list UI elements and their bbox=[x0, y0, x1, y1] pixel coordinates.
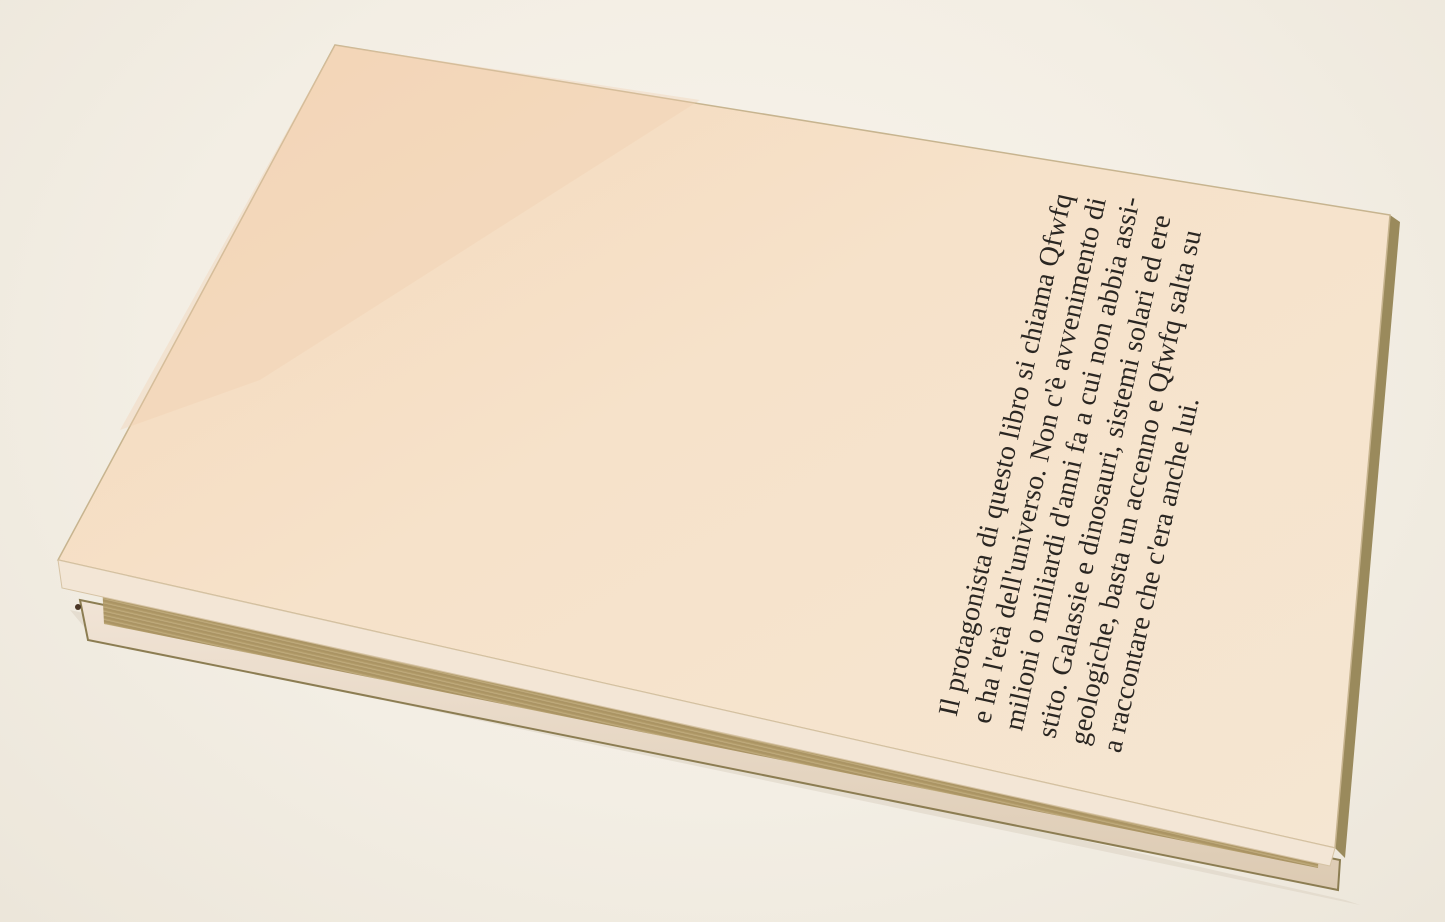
book bbox=[0, 0, 1445, 922]
photo-scene: Il protagonista di questo libro si chiam… bbox=[0, 0, 1445, 922]
dust-speck bbox=[75, 604, 81, 610]
